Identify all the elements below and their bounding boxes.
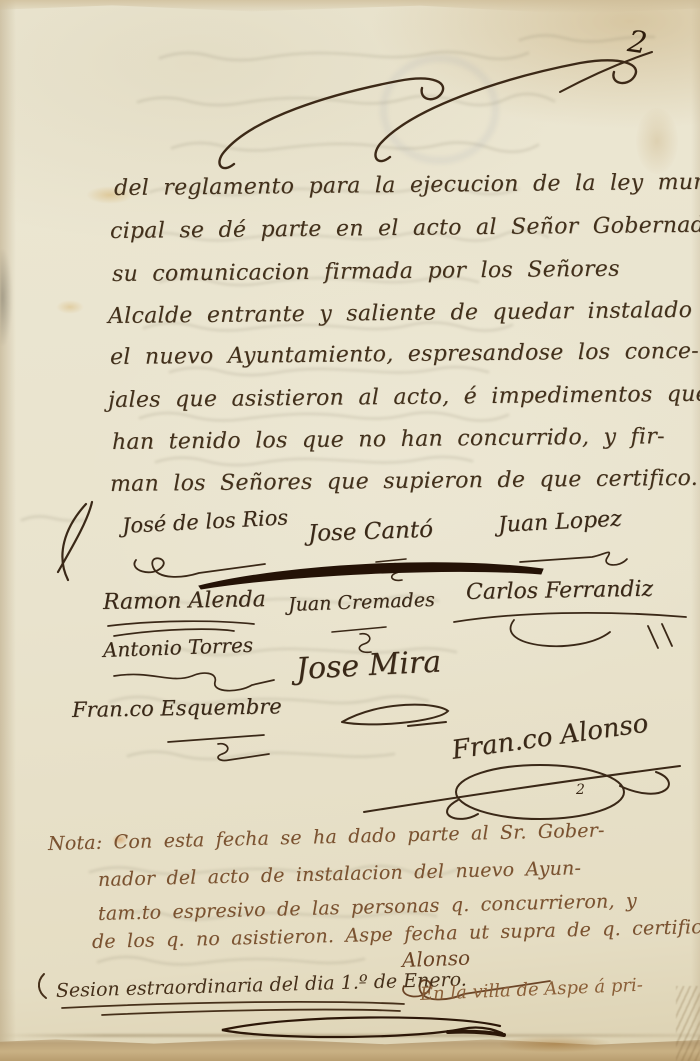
margin-mark bbox=[34, 972, 50, 1000]
manuscript-line: su comunicacion firmada por los Señores bbox=[112, 257, 620, 287]
closing-flourish bbox=[212, 1012, 512, 1044]
signature-rubric bbox=[338, 698, 454, 732]
signature-rubric bbox=[112, 664, 282, 692]
ink-smudge bbox=[0, 250, 12, 345]
signature: Jose Cantó bbox=[308, 517, 434, 547]
signature: Ramon Alenda bbox=[103, 587, 266, 615]
opening-flourish bbox=[0, 0, 700, 240]
corner-crumple bbox=[676, 986, 700, 1061]
margin-paraph bbox=[46, 498, 104, 586]
signature: Carlos Ferrandiz bbox=[466, 577, 654, 605]
signature-rubric bbox=[166, 728, 296, 752]
rubric-mark: 2 bbox=[576, 782, 585, 798]
signature: Fran.co Esquembre bbox=[72, 694, 282, 722]
manuscript-page: 2 del reglamento para la ejecucion de la… bbox=[0, 0, 700, 1061]
signature-rubric bbox=[330, 622, 400, 650]
signature-rubric bbox=[452, 608, 692, 654]
signature-rubric bbox=[362, 752, 688, 830]
